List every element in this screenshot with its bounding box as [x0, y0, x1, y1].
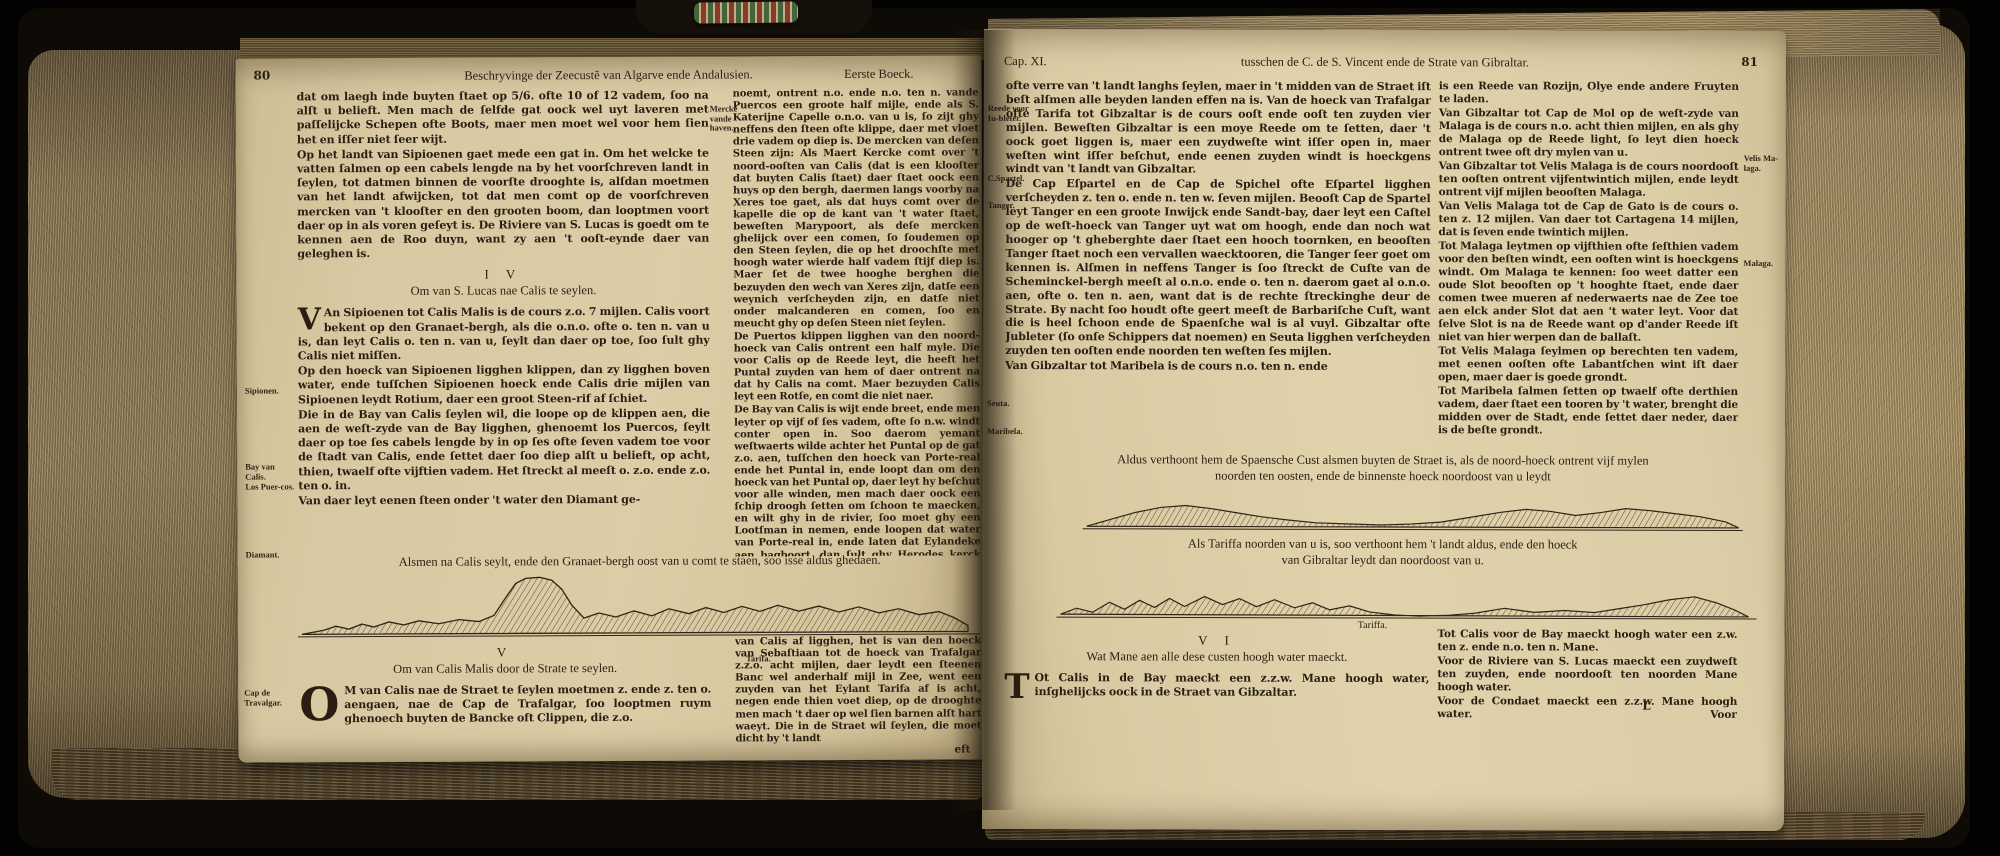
chapter-label: Cap. XI. [1004, 53, 1047, 69]
margin-note-c-spartel: C.Spartel. [988, 174, 1032, 184]
body-paragraph: Tot Maribela ſalmen ſetten op twaelf oft… [1438, 385, 1738, 438]
right-catchword: Voor [1710, 709, 1737, 721]
ornate-initial: O [299, 686, 339, 723]
dropcap-initial: V [298, 308, 321, 333]
margin-note-los-puercos: Los Puer-cos. [245, 482, 295, 492]
margin-note-maribela: Maribela. [987, 427, 1031, 437]
section-vi-number: V I [1004, 631, 1429, 649]
right-column-1: ofte verre van 't landt langhs ſeylen, m… [1005, 79, 1431, 450]
body-paragraph: De Cap Eſpartel en de Cap de Spichel oft… [1005, 177, 1430, 359]
body-paragraph: Tot Velis Malaga ſeylmen op berechten te… [1438, 345, 1738, 385]
right-section-vi-column-2: Tot Calis voor de Bay maeckt hoogh water… [1437, 628, 1737, 729]
body-paragraph: Die in de Bay van Calis ſeylen wil, die … [298, 406, 710, 493]
body-paragraph: VAn Sipioenen tot Calis Malis is de cour… [298, 305, 710, 364]
right-running-title: tusschen de C. de S. Vincent ende de Str… [984, 53, 1786, 71]
body-paragraph: ofte verre van 't landt langhs ſeylen, m… [1006, 79, 1431, 177]
left-book-label: Eerste Boeck. [844, 66, 913, 82]
body-paragraph: is een Reede van Rozijn, Olye ende ander… [1439, 80, 1739, 107]
body-paragraph: De Bay van Calis is wijt ende breet, end… [734, 404, 981, 557]
margin-note-diamant: Diamant. [246, 550, 296, 560]
book-photo-scene: 80 Beschryvinge der Zeecustẽ van Algarve… [0, 0, 2000, 856]
page-edges-left [28, 50, 240, 798]
body-paragraph: noemt, ontrent n.o. ende n.o. ten n. van… [733, 87, 980, 330]
margin-note-tarifa: Tarifa. [746, 654, 786, 664]
margin-note-tanger: Tanger. [988, 201, 1032, 211]
right-profile2-caption: Als Tariffa noorden van u is, soo vertho… [1033, 535, 1733, 569]
body-paragraph: Van Gibzaltar tot Maribela is de cours n… [1005, 359, 1430, 374]
body-paragraph: Van Gibzaltar tot Cap de Mol op de weſt-… [1439, 107, 1739, 160]
margin-note-seuta: Seuta. [987, 399, 1031, 409]
body-paragraph: van Calis af ligghen, het is van den hoe… [735, 635, 981, 745]
coastal-profile-calis-engraving [294, 569, 984, 644]
body-paragraph: Tot Malaga leytmen op vijfthien ofte ſeſ… [1438, 240, 1738, 345]
left-catchword: eft [954, 743, 970, 755]
left-page: 80 Beschryvinge der Zeecustẽ van Algarve… [235, 55, 984, 762]
right-section-vi-column-1: V I Wat Mane aen alle dese custen hoogh … [1004, 631, 1429, 742]
section-iv-title: Om van S. Lucas nae Calis te seylen. [297, 283, 709, 300]
body-paragraph: Van daer leyt eenen ſteen onder 't water… [298, 493, 710, 509]
section-v-title: Om van Calis Malis door de Strate te sey… [299, 661, 711, 678]
left-profile-caption: Alsmen na Calis seylt, ende den Granaet-… [299, 551, 981, 570]
ornate-initial: T [1004, 673, 1029, 701]
signature-mark: L [1642, 699, 1650, 713]
coastal-profile-spanish-coast-engraving [1081, 481, 1745, 537]
right-running-head: Cap. XI. tusschen de C. de S. Vincent en… [984, 53, 1786, 71]
right-profile1-caption: Aldus verthoont hem de Spaensche Cust al… [1033, 451, 1733, 485]
body-paragraph: Van Gibzaltar tot Velis Malaga is de cou… [1439, 160, 1739, 200]
margin-note-velis-malaga: Velis Ma-laga. [1744, 154, 1786, 173]
left-section-v-column-2: van Calis af ligghen, het is van den hoe… [735, 635, 981, 748]
body-paragraph: TOt Calis in de Bay maeckt een z.z.w. Ma… [1004, 671, 1429, 700]
headband [694, 1, 798, 23]
tariffa-label: Tariffa. [1312, 620, 1432, 631]
margin-note-sipionen: Sipionen. [245, 386, 295, 396]
left-column-2: noemt, ontrent n.o. ende n.o. ten n. van… [733, 87, 981, 556]
left-page-number: 80 [254, 68, 271, 82]
body-paragraph: OM van Calis nae de Straet te ſeylen moe… [299, 683, 711, 727]
body-paragraph: Voor de Riviere van S. Lucas maeckt een … [1437, 655, 1737, 695]
right-column-2: is een Reede van Rozijn, Olye ende ander… [1438, 80, 1739, 451]
body-paragraph: dat om laegh inde buyten ſtaet op 5/6. o… [297, 89, 709, 148]
body-paragraph: Tot Calis voor de Bay maeckt hoogh water… [1437, 628, 1737, 655]
left-section-v-column-1: V Om van Calis Malis door de Strate te s… [299, 643, 711, 753]
margin-note-malaga: Malaga. [1743, 259, 1785, 269]
page-edges-right [1783, 24, 1965, 838]
body-paragraph: De Puertos klippen ligghen van den noord… [734, 330, 980, 404]
left-running-head: 80 Beschryvinge der Zeecustẽ van Algarve… [236, 65, 982, 84]
margin-note-mercken: Merckẽ vande haven. [710, 104, 754, 133]
coastal-profile-tariffa-engraving [1054, 571, 1758, 625]
body-paragraph: Van Velis Malaga tot de Cap de Gato is d… [1438, 200, 1738, 240]
body-paragraph: Op den hoeck van Sipioenen ligghen klipp… [298, 363, 710, 407]
section-iv-number: I V [297, 265, 709, 284]
margin-note-reede-voor-jubleter: Reede voor Iu-bleter. [988, 104, 1032, 123]
body-paragraph: Op het landt van Sipioenen gaet mede een… [297, 146, 709, 261]
right-page-number: 81 [1741, 55, 1758, 69]
left-column-1: dat om laegh inde buyten ſtaet op 5/6. o… [297, 89, 711, 559]
section-v-number: V [299, 643, 711, 662]
body-paragraph: Voor de Condaet maeckt een z.z.w. Mane h… [1437, 695, 1737, 722]
section-vi-title: Wat Mane aen alle dese custen hoogh wate… [1004, 649, 1429, 665]
right-page: Cap. XI. tusschen de C. de S. Vincent en… [982, 29, 1786, 831]
margin-note-cap-de-travalgar: Cap de Travalgar. [244, 688, 296, 707]
margin-note-bay-van-calis: Bay van Calis. [245, 462, 295, 481]
